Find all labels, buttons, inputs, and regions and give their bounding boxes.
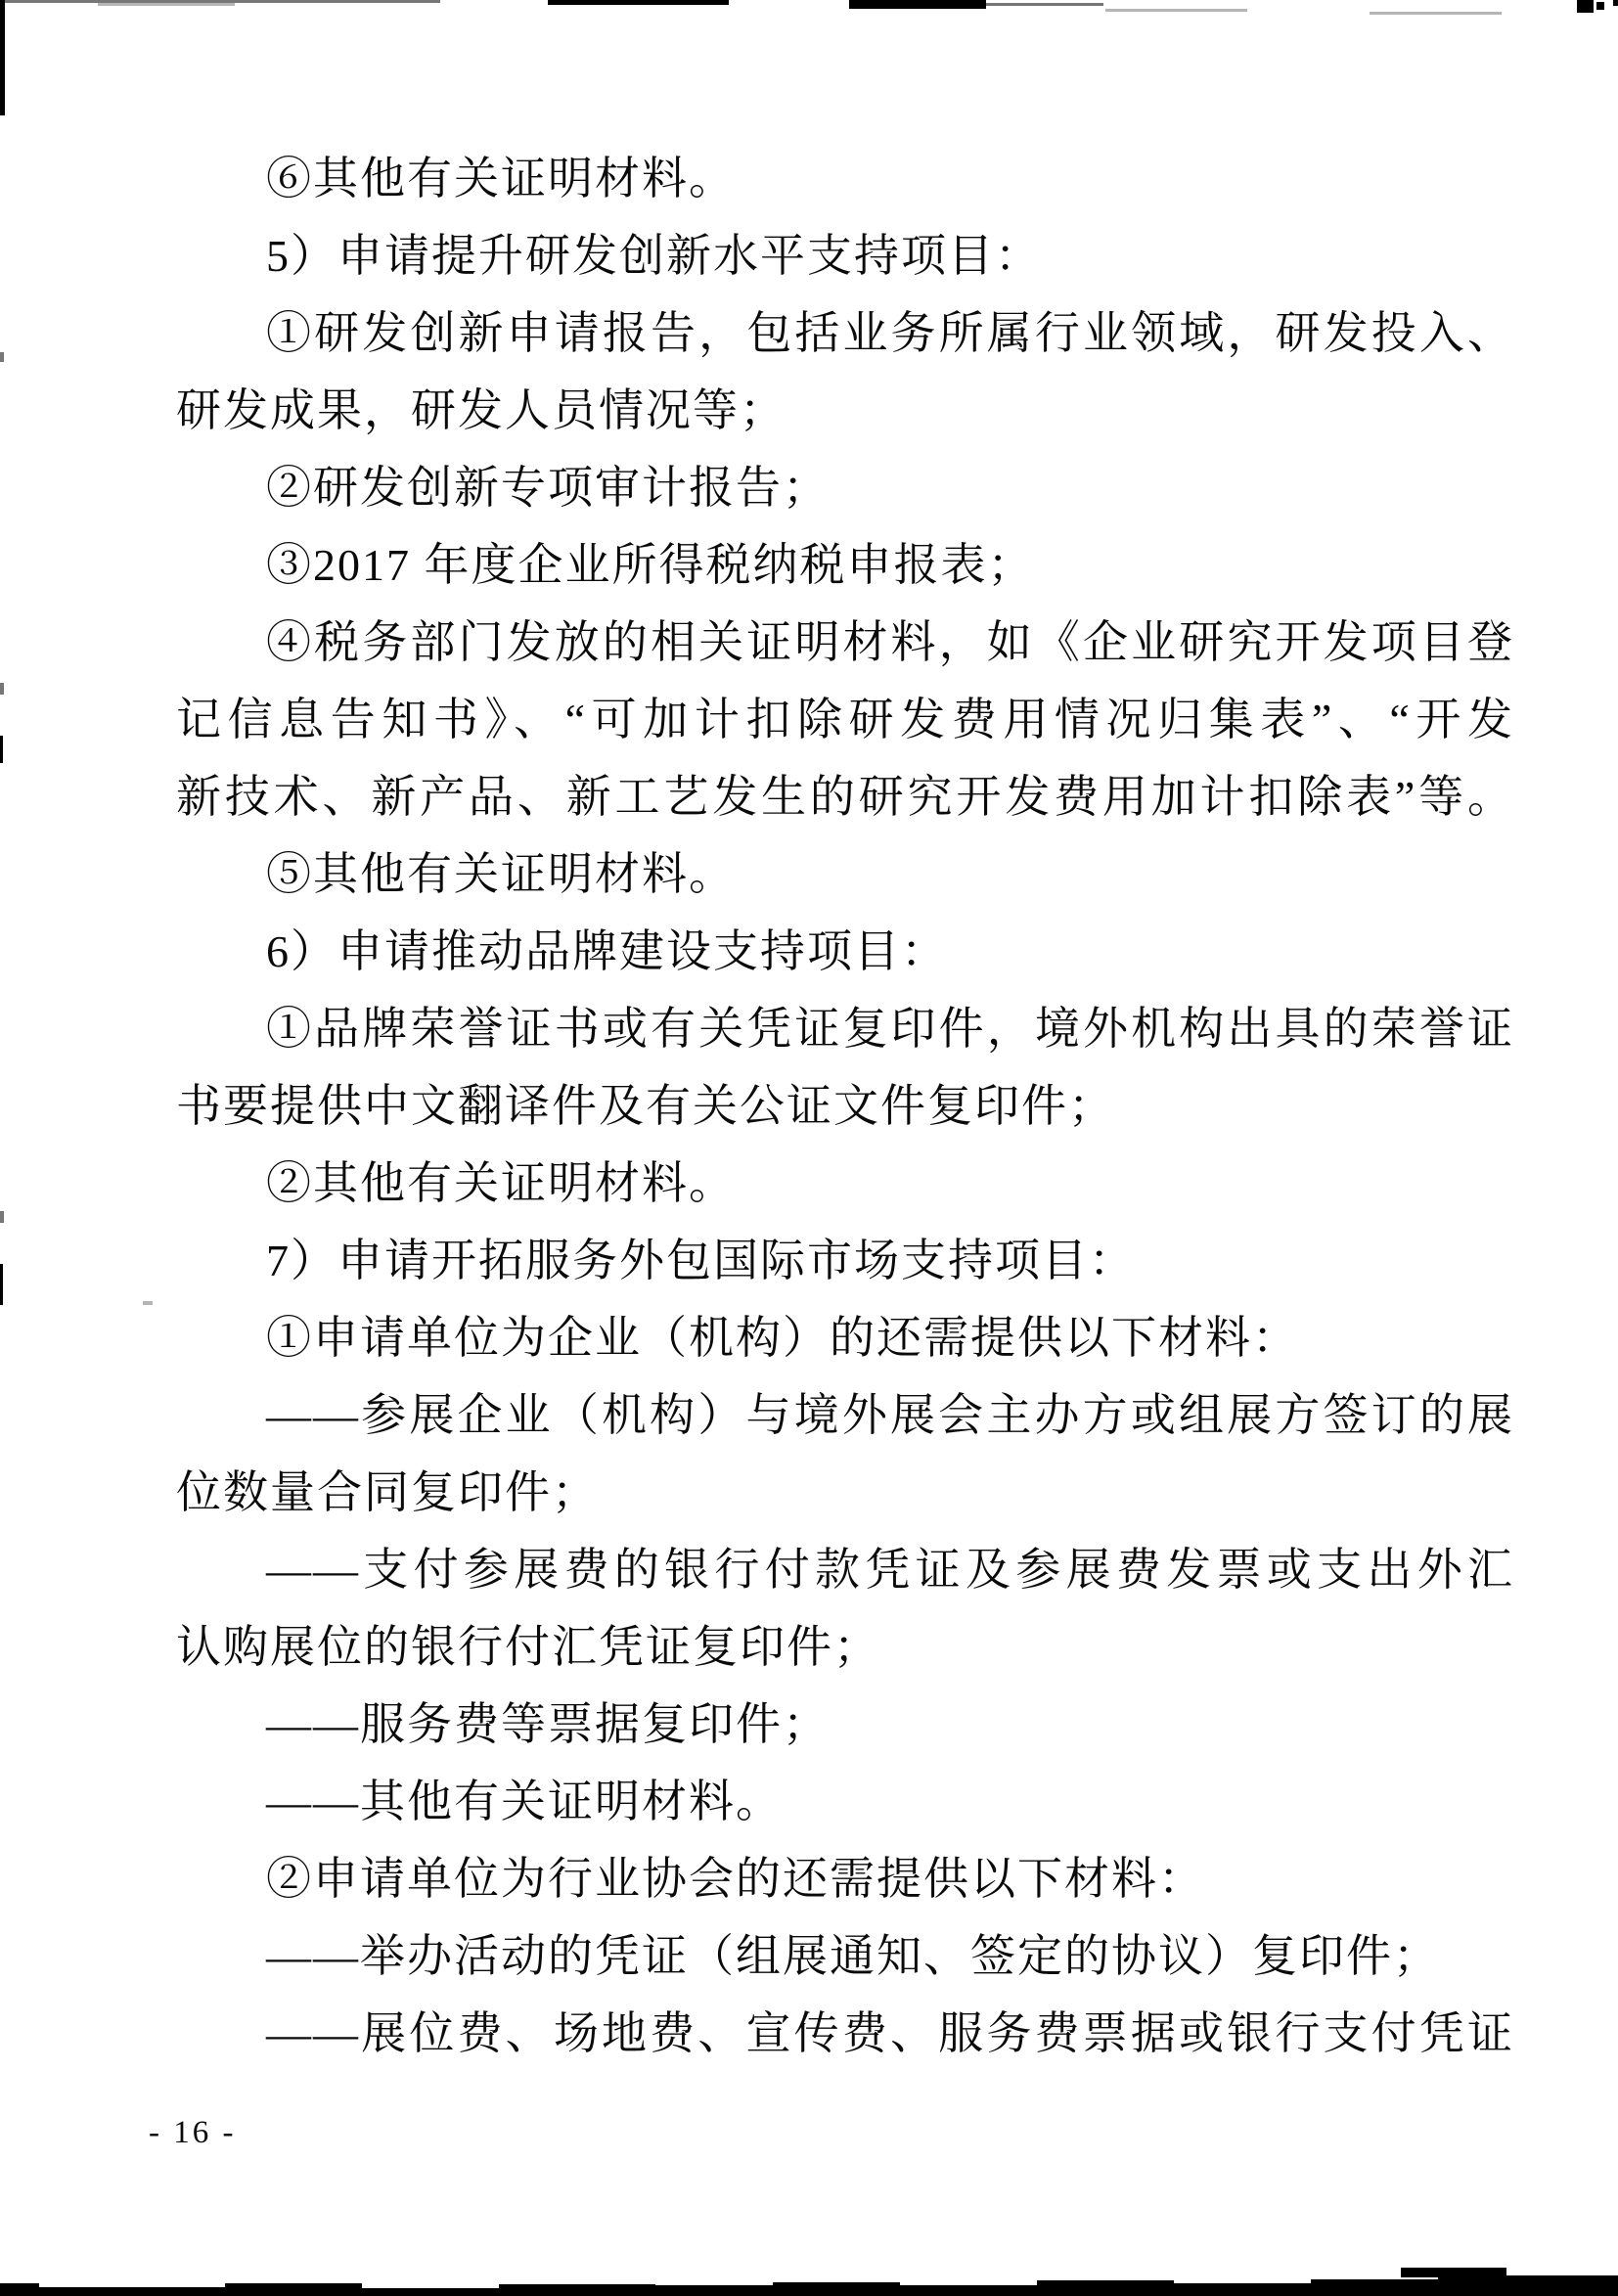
text-line: ⑥其他有关证明材料。 — [176, 140, 1514, 217]
text-line: 6）申请推动品牌建设支持项目： — [176, 913, 1514, 990]
text-line: ②申请单位为行业协会的还需提供以下材料： — [176, 1840, 1514, 1917]
document-body: ⑥其他有关证明材料。 5）申请提升研发创新水平支持项目： ①研发创新申请报告，包… — [176, 140, 1514, 2072]
scan-artifact-left-edge — [0, 0, 5, 115]
scan-artifact-bottom-edge — [1438, 2275, 1618, 2296]
text-line: ③2017 年度企业所得税纳税申报表； — [176, 526, 1514, 604]
scan-artifact-bottom-edge — [1311, 2279, 1438, 2296]
text-line: ①品牌荣誉证书或有关凭证复印件，境外机构出具的荣誉证 — [176, 990, 1514, 1067]
scan-artifact-top-edge — [1105, 9, 1247, 12]
scan-artifact-top-edge — [1370, 12, 1502, 15]
scan-artifact-top-edge — [98, 3, 235, 6]
text-line: ②研发创新专项审计报告； — [176, 449, 1514, 526]
scan-artifact-top-edge — [548, 0, 729, 5]
text-line: 新技术、新产品、新工艺发生的研究开发费用加计扣除表”等。 — [176, 758, 1514, 835]
text-line: ⑤其他有关证明材料。 — [176, 835, 1514, 913]
text-line: 7）申请开拓服务外包国际市场支持项目： — [176, 1222, 1514, 1299]
text-line: 认购展位的银行付汇凭证复印件； — [176, 1608, 1514, 1686]
text-line: ④税务部门发放的相关证明材料，如《企业研究开发项目登 — [176, 604, 1514, 681]
scan-artifact-bottom-edge — [900, 2285, 1037, 2296]
scan-artifact-bottom-edge — [499, 2284, 655, 2296]
text-line: 研发成果，研发人员情况等； — [176, 372, 1514, 449]
scanned-document-page: ⑥其他有关证明材料。 5）申请提升研发创新水平支持项目： ①研发创新申请报告，包… — [0, 0, 1618, 2296]
scan-artifact-left-edge — [0, 683, 4, 695]
text-line: 记信息告知书》、“可加计扣除研发费用情况归集表”、“开发 — [176, 681, 1514, 758]
text-line: 5）申请提升研发创新水平支持项目： — [176, 217, 1514, 294]
text-line: ——参展企业（机构）与境外展会主办方或组展方签订的展 — [176, 1376, 1514, 1454]
scan-artifact-top-edge — [986, 3, 1103, 6]
scan-artifact-left-edge — [0, 1264, 3, 1305]
scan-artifact-bottom-edge — [655, 2285, 773, 2296]
text-line: ①申请单位为企业（机构）的还需提供以下材料： — [176, 1299, 1514, 1376]
scan-artifact-top-right-blob — [1613, 0, 1618, 6]
scan-artifact-bottom-edge — [773, 2282, 900, 2296]
scan-artifact-bottom-edge — [0, 2283, 39, 2296]
scan-artifact-bottom-edge — [362, 2288, 499, 2296]
scan-artifact-bottom-edge — [225, 2283, 362, 2296]
scan-artifact-left-edge — [0, 352, 4, 362]
page-number: - 16 - — [149, 2115, 236, 2151]
scan-artifact-left-edge — [0, 736, 3, 763]
text-line: ①研发创新申请报告，包括业务所属行业领域，研发投入、 — [176, 294, 1514, 372]
text-line: ——展位费、场地费、宣传费、服务费票据或银行支付凭证 — [176, 1995, 1514, 2072]
scan-artifact-bottom-edge — [1401, 2268, 1506, 2277]
text-line: ——其他有关证明材料。 — [176, 1763, 1514, 1840]
scan-artifact-bottom-edge — [39, 2287, 225, 2296]
scan-artifact-left-edge — [0, 1211, 4, 1223]
text-line: ②其他有关证明材料。 — [176, 1145, 1514, 1222]
text-line: 书要提供中文翻译件及有关公证文件复印件； — [176, 1067, 1514, 1145]
text-line: ——服务费等票据复印件； — [176, 1686, 1514, 1763]
scan-artifact-bottom-edge — [1174, 2283, 1311, 2296]
scan-artifact-bottom-edge — [1037, 2280, 1174, 2296]
text-line: ——举办活动的凭证（组展通知、签定的协议）复印件； — [176, 1917, 1514, 1995]
scan-artifact-speck — [143, 1301, 153, 1305]
text-line: ——支付参展费的银行付款凭证及参展费发票或支出外汇 — [176, 1531, 1514, 1608]
text-line: 位数量合同复印件； — [176, 1454, 1514, 1531]
scan-artifact-top-right-blob — [1596, 2, 1604, 10]
scan-artifact-top-right-blob — [1577, 0, 1594, 13]
scan-artifact-top-edge — [849, 0, 986, 9]
